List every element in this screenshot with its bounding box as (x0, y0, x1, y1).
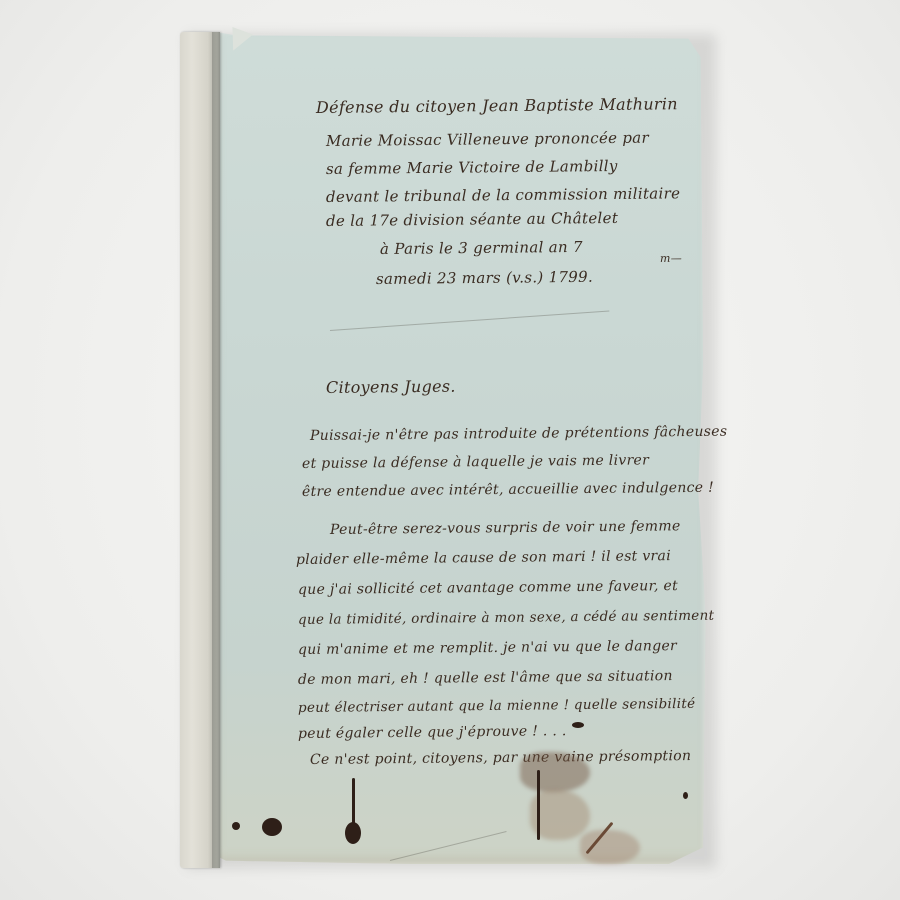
ink-drip (537, 770, 540, 840)
ink-blot (683, 792, 688, 799)
title-line: de la 17e division séante au Châtelet (326, 209, 618, 230)
title-line: devant le tribunal de la commission mili… (326, 184, 680, 206)
ink-blot (572, 722, 584, 728)
ink-stain (520, 752, 590, 792)
spine-crease (212, 32, 218, 868)
title-line: samedi 23 mars (v.s.) 1799. (376, 268, 593, 288)
ink-blot (345, 822, 361, 844)
title-line: à Paris le 3 germinal an 7 (380, 238, 583, 258)
title-line: Marie Moissac Villeneuve prononcée par (326, 129, 649, 150)
title-line: sa femme Marie Victoire de Lambilly (326, 157, 618, 178)
ink-blot (232, 822, 240, 830)
ink-drip (352, 778, 355, 828)
margin-mark: m— (660, 252, 682, 265)
ink-blot (262, 818, 282, 836)
salutation: Citoyens Juges. (326, 377, 456, 397)
title-line: Défense du citoyen Jean Baptiste Mathuri… (316, 94, 678, 117)
body-line: peut égaler celle que j'éprouve ! . . . (298, 723, 567, 742)
